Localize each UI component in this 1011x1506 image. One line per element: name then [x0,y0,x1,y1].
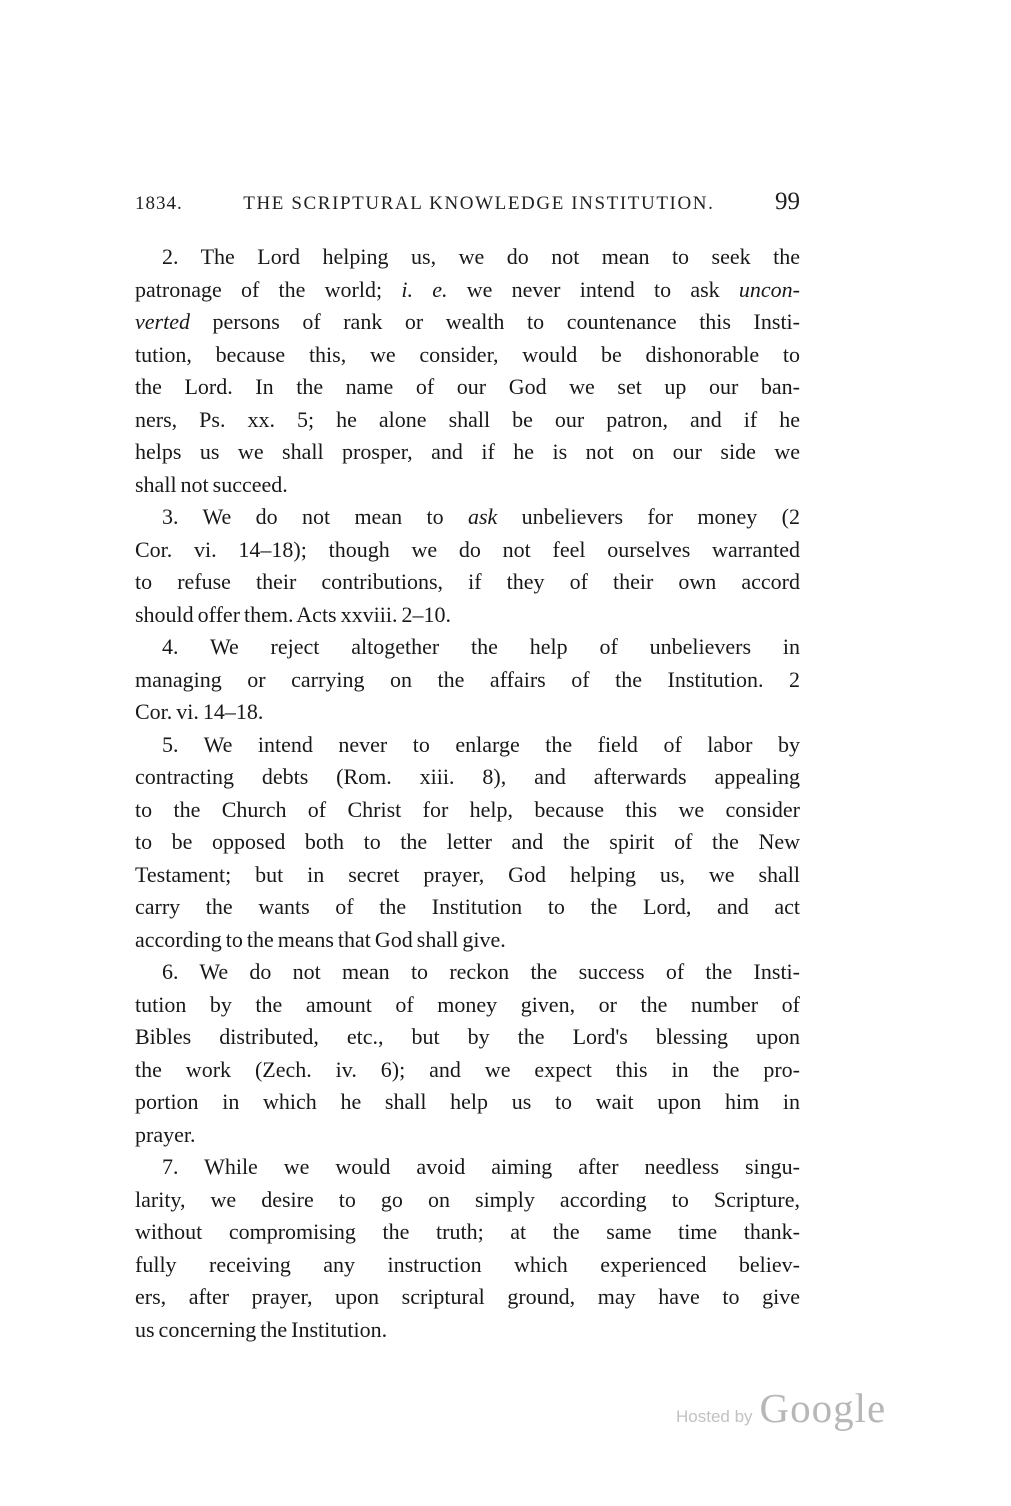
text-line: us concerning the Institution. [135,1314,800,1347]
text-line: tution by the amount of money given, or … [135,989,800,1022]
text-line: helps us we shall prosper, and if he is … [135,436,800,469]
header-year: 1834. [135,193,183,215]
text-line: 3. We do not mean to ask unbelievers for… [135,501,800,534]
text-line: 2. The Lord helping us, we do not mean t… [135,241,800,274]
text-line: 7. While we would avoid aiming after nee… [135,1151,800,1184]
text-line: Cor. vi. 14–18. [135,696,800,729]
text-line: should offer them. Acts xxviii. 2–10. [135,599,800,632]
book-page: 1834. THE SCRIPTURAL KNOWLEDGE INSTITUTI… [0,0,1011,1506]
text-line: 4. We reject altogether the help of unbe… [135,631,800,664]
text-line: verted persons of rank or wealth to coun… [135,306,800,339]
text-line: 5. We intend never to enlarge the field … [135,729,800,762]
text-line: ners, Ps. xx. 5; he alone shall be our p… [135,404,800,437]
text-line: the Lord. In the name of our God we set … [135,371,800,404]
text-line: Bibles distributed, etc., but by the Lor… [135,1021,800,1054]
header-title: THE SCRIPTURAL KNOWLEDGE INSTITUTION. [183,193,775,215]
text-line: carry the wants of the Institution to th… [135,891,800,924]
text-line: managing or carrying on the affairs of t… [135,664,800,697]
text-line: portion in which he shall help us to wai… [135,1086,800,1119]
text-line: to the Church of Christ for help, becaus… [135,794,800,827]
text-line: without compromising the truth; at the s… [135,1216,800,1249]
text-line: patronage of the world; i. e. we never i… [135,274,800,307]
header-page-number: 99 [775,188,800,216]
text-line: Testament; but in secret prayer, God hel… [135,859,800,892]
body-text: 2. The Lord helping us, we do not mean t… [135,241,800,1346]
text-line: fully receiving any instruction which ex… [135,1249,800,1282]
text-line: 6. We do not mean to reckon the success … [135,956,800,989]
text-line: the work (Zech. iv. 6); and we expect th… [135,1054,800,1087]
running-header: 1834. THE SCRIPTURAL KNOWLEDGE INSTITUTI… [135,188,800,216]
hosted-by-label: Hosted by [676,1407,753,1427]
google-watermark: Hosted by Google [676,1384,886,1432]
google-logo: Google [760,1384,887,1432]
text-line: contracting debts (Rom. xiii. 8), and af… [135,761,800,794]
text-line: tution, because this, we consider, would… [135,339,800,372]
text-line: to be opposed both to the letter and the… [135,826,800,859]
text-line: Cor. vi. 14–18); though we do not feel o… [135,534,800,567]
text-line: shall not succeed. [135,469,800,502]
text-line: larity, we desire to go on simply accord… [135,1184,800,1217]
text-line: to refuse their contributions, if they o… [135,566,800,599]
text-line: prayer. [135,1119,800,1152]
text-line: according to the means that God shall gi… [135,924,800,957]
text-line: ers, after prayer, upon scriptural groun… [135,1281,800,1314]
